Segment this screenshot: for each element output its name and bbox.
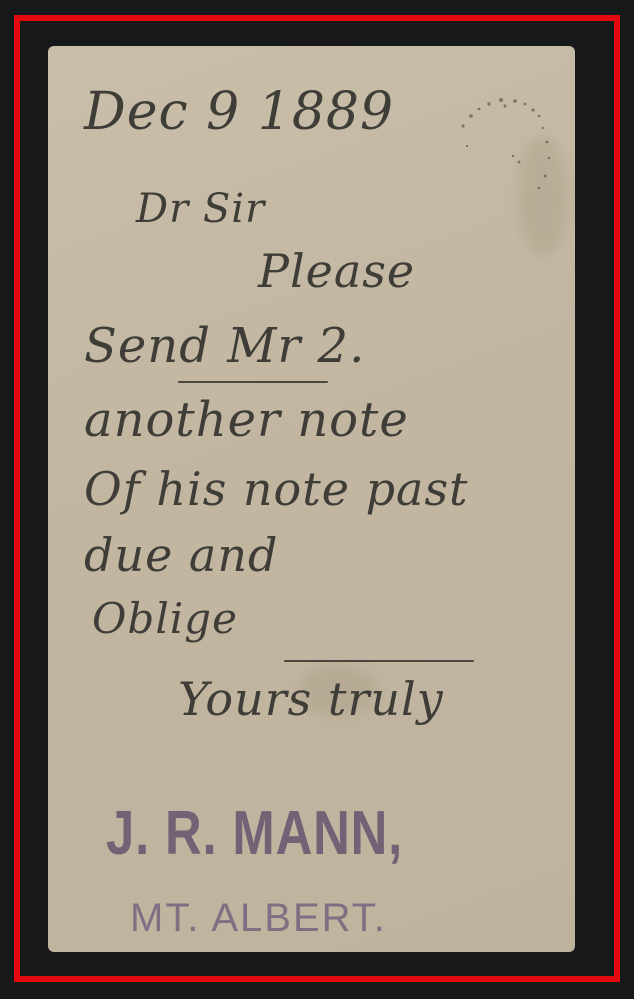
stamp-place: MT. ALBERT. — [130, 896, 387, 941]
underline-stroke — [178, 381, 328, 383]
stamp-name: J. R. MANN, — [106, 798, 403, 869]
signature-flourish — [284, 660, 474, 662]
letter-line-1: Please — [258, 244, 415, 298]
letter-salutation: Dr Sir — [136, 186, 265, 232]
letter-line-2: Send Mr 2. — [84, 318, 365, 374]
letter-closing: Yours truly — [178, 672, 444, 726]
letter-line-3: another note — [84, 392, 409, 448]
letter-line-6: Oblige — [92, 594, 238, 643]
letter-date: Dec 9 1889 — [84, 82, 394, 142]
letter-line-5: due and — [84, 528, 278, 582]
postal-card: Dec 9 1889 Dr Sir Please Send Mr 2. anot… — [48, 46, 575, 952]
postmark-icon — [443, 76, 573, 206]
letter-line-4: Of his note past — [84, 462, 469, 516]
